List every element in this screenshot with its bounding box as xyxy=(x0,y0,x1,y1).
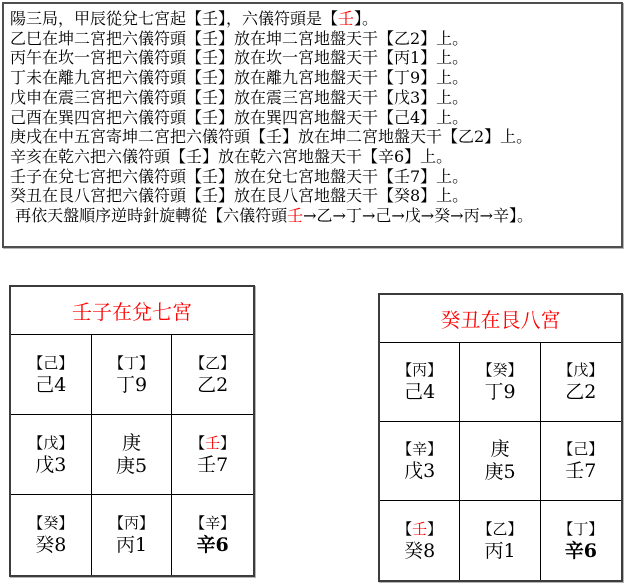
bracket-close: 】 xyxy=(58,514,73,532)
palace-cell-center: 庚 庚5 xyxy=(92,415,173,495)
heaven-stem: 【己】 xyxy=(28,353,73,373)
palace-cell: 【癸】 癸8 xyxy=(11,495,92,575)
palace-cell: 【壬】 壬7 xyxy=(172,415,253,495)
palace-cell: 【己】 壬7 xyxy=(541,422,621,501)
table-title: 癸丑在艮八宮 xyxy=(380,295,621,343)
palace-cell: 【辛】 戊3 xyxy=(380,422,460,501)
palace-cell: 【壬】 癸8 xyxy=(380,501,460,580)
line-text: 壬子在兌七宮把六儀符頭【壬】放在兌七宮地盤天干【壬7】上。 xyxy=(10,167,468,186)
bracket-close: 】 xyxy=(220,354,235,372)
stem: 乙 xyxy=(205,354,220,372)
stem: 庚 xyxy=(122,432,141,454)
highlight-stem: 壬 xyxy=(338,9,354,28)
heaven-stem: 【乙】 xyxy=(477,519,522,539)
palace-grid: 【己】 己4 【丁】 丁9 【乙】 乙2 【戊】 戊3 庚 庚5 【壬】 壬7 … xyxy=(11,335,253,575)
earth-stem: 辛6 xyxy=(197,534,229,557)
heaven-stem: 【辛】 xyxy=(190,513,235,533)
bracket-close: 】 xyxy=(427,520,442,538)
heaven-stem: 【丁】 xyxy=(558,519,603,539)
line-text: →乙→丁→己→戊→癸→丙→辛】。 xyxy=(303,206,533,225)
earth-stem: 壬7 xyxy=(197,454,228,477)
bracket-close: 】 xyxy=(588,440,603,458)
earth-stem: 癸8 xyxy=(35,534,66,557)
line-text: 辛亥在乾六把六儀符頭【壬】放在乾六宮地盤天干【辛6】上。 xyxy=(10,147,452,166)
stem: 戊 xyxy=(43,434,58,452)
heaven-stem: 【壬】 xyxy=(190,433,235,453)
right-palace-table: 癸丑在艮八宮 【丙】 己4 【癸】 丁9 【戊】 乙2 【辛】 戊3 庚 庚5 … xyxy=(378,293,623,582)
palace-cell: 【乙】 乙2 xyxy=(172,335,253,415)
stem: 庚 xyxy=(490,438,509,460)
instruction-line-11: 再依天盤順序逆時針旋轉從【六儀符頭壬→乙→丁→己→戊→癸→丙→辛】。 xyxy=(10,206,615,226)
earth-stem: 庚5 xyxy=(116,455,147,478)
bracket-close: 】 xyxy=(220,434,235,452)
stem: 丁 xyxy=(124,354,139,372)
earth-stem: 丁9 xyxy=(116,374,147,397)
heaven-stem: 庚 xyxy=(122,432,141,454)
palace-cell: 【丙】 丙1 xyxy=(92,495,173,575)
heaven-stem: 【癸】 xyxy=(28,513,73,533)
heaven-stem: 【乙】 xyxy=(190,353,235,373)
heaven-stem: 【丙】 xyxy=(109,513,154,533)
line-text: 陽三局，甲辰從兌七宮起【壬】，六儀符頭是【 xyxy=(10,9,338,28)
instruction-line-9: 壬子在兌七宮把六儀符頭【壬】放在兌七宮地盤天干【壬7】上。 xyxy=(10,167,615,187)
heaven-stem: 庚 xyxy=(490,438,509,460)
bracket-open: 【 xyxy=(558,520,573,538)
bracket-close: 】 xyxy=(588,520,603,538)
earth-stem: 乙2 xyxy=(197,374,228,397)
line-text: 戊申在震三宮把六儀符頭【壬】放在震三宮地盤天干【戊3】上。 xyxy=(10,88,468,107)
instruction-line-2: 乙巳在坤二宮把六儀符頭【壬】放在坤二宮地盤天干【乙2】上。 xyxy=(10,29,615,49)
palace-cell: 【戊】 戊3 xyxy=(11,415,92,495)
instruction-line-4: 丁未在離九宮把六儀符頭【壬】放在離九宮地盤天干【丁9】上。 xyxy=(10,68,615,88)
table-title: 壬子在兌七宮 xyxy=(11,287,253,335)
palace-cell: 【丙】 己4 xyxy=(380,343,460,422)
heaven-stem: 【戊】 xyxy=(28,433,73,453)
stem: 壬 xyxy=(412,520,427,538)
earth-stem: 乙2 xyxy=(565,381,596,404)
bracket-open: 【 xyxy=(397,361,412,379)
earth-stem: 戊3 xyxy=(404,460,435,483)
earth-stem: 辛6 xyxy=(565,540,597,563)
line-text: 己酉在巽四宮把六儀符頭【壬】放在巽四宮地盤天干【己4】上。 xyxy=(10,108,468,127)
page: { "colors": { "red": "#ff0000", "text": … xyxy=(0,0,625,588)
stem: 戊 xyxy=(573,361,588,379)
bracket-open: 【 xyxy=(109,354,124,372)
instructions-panel: 陽三局，甲辰從兌七宮起【壬】，六儀符頭是【壬】。 乙巳在坤二宮把六儀符頭【壬】放… xyxy=(2,2,623,248)
stem: 己 xyxy=(43,354,58,372)
line-text: 再依天盤順序逆時針旋轉從【六儀符頭 xyxy=(10,206,287,225)
line-text: 】。 xyxy=(354,9,378,28)
bracket-close: 】 xyxy=(139,514,154,532)
stem: 辛 xyxy=(412,440,427,458)
instruction-line-6: 己酉在巽四宮把六儀符頭【壬】放在巽四宮地盤天干【己4】上。 xyxy=(10,108,615,128)
heaven-stem: 【丁】 xyxy=(109,353,154,373)
bracket-close: 】 xyxy=(220,514,235,532)
palace-cell: 【丁】 辛6 xyxy=(541,501,621,580)
bracket-open: 【 xyxy=(190,514,205,532)
bracket-close: 】 xyxy=(427,440,442,458)
heaven-stem: 【戊】 xyxy=(558,360,603,380)
bracket-open: 【 xyxy=(558,440,573,458)
stem: 癸 xyxy=(492,361,507,379)
palace-cell: 【戊】 乙2 xyxy=(541,343,621,422)
earth-stem: 丙1 xyxy=(116,534,147,557)
bracket-close: 】 xyxy=(139,354,154,372)
palace-cell: 【丁】 丁9 xyxy=(92,335,173,415)
stem: 丙 xyxy=(412,361,427,379)
instruction-line-1: 陽三局，甲辰從兌七宮起【壬】，六儀符頭是【壬】。 xyxy=(10,9,615,29)
bracket-close: 】 xyxy=(588,361,603,379)
bracket-close: 】 xyxy=(508,520,523,538)
earth-stem: 丙1 xyxy=(484,540,515,563)
earth-stem: 戊3 xyxy=(35,454,66,477)
heaven-stem: 【壬】 xyxy=(397,519,442,539)
palace-cell: 【乙】 丙1 xyxy=(460,501,540,580)
stem: 丙 xyxy=(124,514,139,532)
bracket-close: 】 xyxy=(58,354,73,372)
palace-cell: 【辛】 辛6 xyxy=(172,495,253,575)
bracket-open: 【 xyxy=(190,434,205,452)
heaven-stem: 【丙】 xyxy=(397,360,442,380)
bracket-open: 【 xyxy=(397,440,412,458)
earth-stem: 己4 xyxy=(404,381,435,404)
heaven-stem: 【辛】 xyxy=(397,439,442,459)
instruction-line-10: 癸丑在艮八宮把六儀符頭【壬】放在艮八宮地盤天干【癸8】上。 xyxy=(10,186,615,206)
line-text: 乙巳在坤二宮把六儀符頭【壬】放在坤二宮地盤天干【乙2】上。 xyxy=(10,29,468,48)
line-text: 庚戌在中五宮寄坤二宮把六儀符頭【壬】放在坤二宮地盤天干【乙2】上。 xyxy=(10,127,532,146)
bracket-close: 】 xyxy=(508,361,523,379)
bracket-open: 【 xyxy=(28,354,43,372)
stem: 丁 xyxy=(573,520,588,538)
instruction-line-7: 庚戌在中五宮寄坤二宮把六儀符頭【壬】放在坤二宮地盤天干【乙2】上。 xyxy=(10,127,615,147)
left-palace-table: 壬子在兌七宮 【己】 己4 【丁】 丁9 【乙】 乙2 【戊】 戊3 庚 庚5 … xyxy=(9,285,255,577)
bracket-open: 【 xyxy=(477,520,492,538)
bracket-open: 【 xyxy=(397,520,412,538)
palace-cell: 【己】 己4 xyxy=(11,335,92,415)
bracket-open: 【 xyxy=(477,361,492,379)
stem: 壬 xyxy=(205,434,220,452)
bracket-open: 【 xyxy=(558,361,573,379)
line-text: 丁未在離九宮把六儀符頭【壬】放在離九宮地盤天干【丁9】上。 xyxy=(10,68,468,87)
bracket-open: 【 xyxy=(28,514,43,532)
stem: 乙 xyxy=(492,520,507,538)
instruction-line-5: 戊申在震三宮把六儀符頭【壬】放在震三宮地盤天干【戊3】上。 xyxy=(10,88,615,108)
stem: 辛 xyxy=(205,514,220,532)
palace-cell-center: 庚 庚5 xyxy=(460,422,540,501)
highlight-stem: 壬 xyxy=(287,206,303,225)
stem: 癸 xyxy=(43,514,58,532)
earth-stem: 庚5 xyxy=(484,461,515,484)
line-text: 丙午在坎一宮把六儀符頭【壬】放在坎一宮地盤天干【丙1】上。 xyxy=(10,48,468,67)
bracket-close: 】 xyxy=(58,434,73,452)
bracket-open: 【 xyxy=(28,434,43,452)
earth-stem: 壬7 xyxy=(565,460,596,483)
earth-stem: 癸8 xyxy=(404,540,435,563)
heaven-stem: 【己】 xyxy=(558,439,603,459)
line-text: 癸丑在艮八宮把六儀符頭【壬】放在艮八宮地盤天干【癸8】上。 xyxy=(10,186,468,205)
earth-stem: 丁9 xyxy=(484,381,515,404)
instruction-line-8: 辛亥在乾六把六儀符頭【壬】放在乾六宮地盤天干【辛6】上。 xyxy=(10,147,615,167)
earth-stem: 己4 xyxy=(35,374,66,397)
bracket-close: 】 xyxy=(427,361,442,379)
palace-cell: 【癸】 丁9 xyxy=(460,343,540,422)
instruction-line-3: 丙午在坎一宮把六儀符頭【壬】放在坎一宮地盤天干【丙1】上。 xyxy=(10,48,615,68)
palace-grid: 【丙】 己4 【癸】 丁9 【戊】 乙2 【辛】 戊3 庚 庚5 【己】 壬7 … xyxy=(380,343,621,580)
bracket-open: 【 xyxy=(109,514,124,532)
stem: 己 xyxy=(573,440,588,458)
heaven-stem: 【癸】 xyxy=(477,360,522,380)
bracket-open: 【 xyxy=(190,354,205,372)
